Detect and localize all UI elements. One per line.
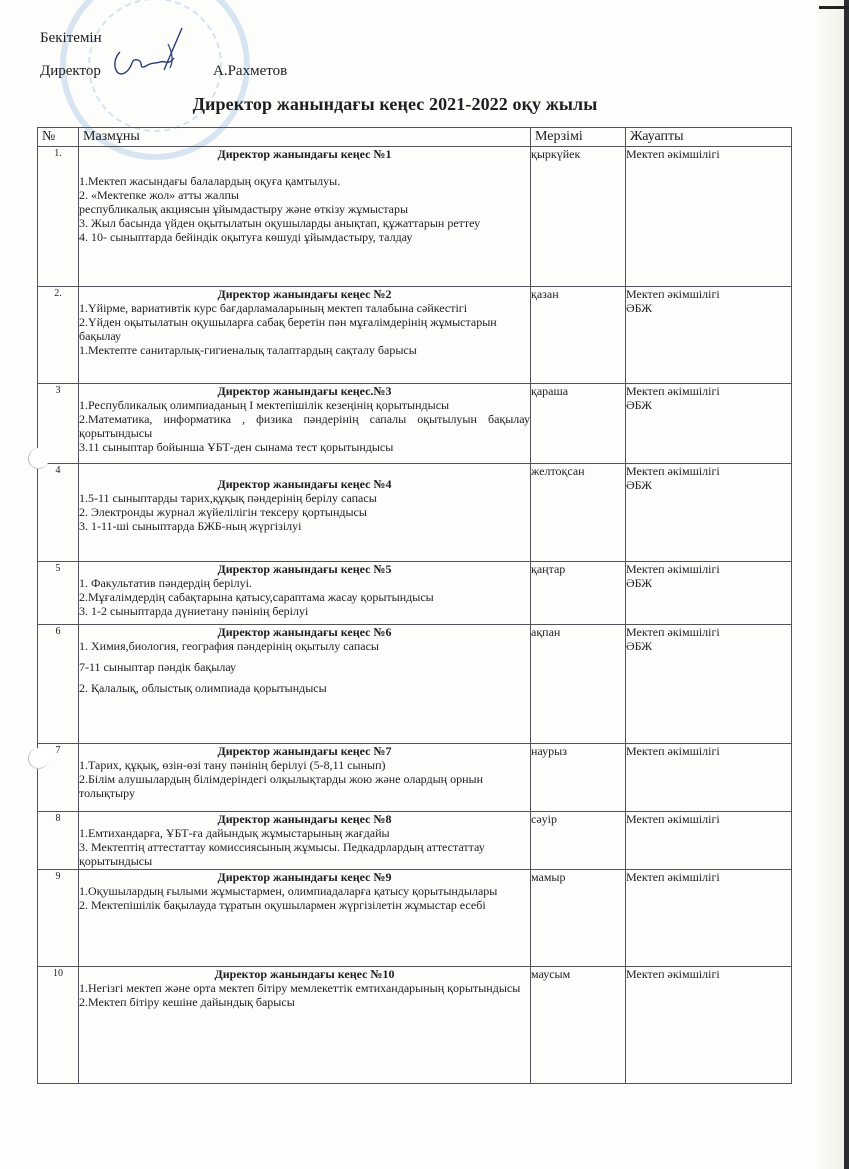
agenda-item: 4. 10- сыныптарда бейіндік оқытуға көшуд… [79, 230, 530, 244]
meeting-heading: Директор жанындағы кеңес №9 [79, 870, 530, 884]
responsible-party: Мектеп әкімшілігі [626, 464, 791, 478]
agenda-item: республикалық акциясын ұйымдастыру және … [79, 202, 530, 216]
agenda-item: 2. «Мектепке жол» атты жалпы [79, 188, 530, 202]
responsible-party: Мектеп әкімшілігі [626, 562, 791, 576]
responsible-cell: Мектеп әкімшілігіӘБЖ [626, 562, 792, 625]
document-title: Директор жанындағы кеңес 2021-2022 оқу ж… [0, 94, 790, 115]
director-name: А.Рахметов [213, 63, 287, 80]
table-row: 5Директор жанындағы кеңес №51. Факультат… [38, 562, 792, 625]
row-number: 6 [38, 625, 79, 744]
table-row: 1.Директор жанындағы кеңес №11.Мектеп жа… [38, 147, 792, 287]
meeting-heading: Директор жанындағы кеңес №8 [79, 812, 530, 826]
table-row: 4Директор жанындағы кеңес №4 1.5-11 сыны… [38, 464, 792, 562]
agenda-item: 3. Мектептің аттестаттау комиссиясының ж… [79, 840, 530, 868]
deadline-cell: қазан [531, 287, 626, 384]
punch-hole [28, 448, 49, 469]
header-responsible: Жауапты [626, 128, 792, 147]
responsible-party: Мектеп әкімшілігі [626, 147, 791, 161]
agenda-item: 1. Факультатив пәндердің берілуі. [79, 576, 530, 590]
agenda-item: 1.Негізгі мектеп және орта мектеп бітіру… [79, 981, 530, 995]
meeting-content: Директор жанындағы кеңес №71.Тарих, құқы… [79, 744, 531, 812]
agenda-item: 2. Қалалық, облыстық олимпиада қорытынды… [79, 681, 530, 695]
row-number: 8 [38, 812, 79, 870]
deadline-cell: қаңтар [531, 562, 626, 625]
meeting-heading: Директор жанындағы кеңес №6 [79, 625, 530, 639]
table-row: 2.Директор жанындағы кеңес №21.Үйірме, в… [38, 287, 792, 384]
responsible-cell: Мектеп әкімшілігіӘБЖ [626, 384, 792, 464]
meeting-heading: Директор жанындағы кеңес №4 [79, 477, 530, 491]
table-row: 8Директор жанындағы кеңес №81.Емтихандар… [38, 812, 792, 870]
meeting-content: Директор жанындағы кеңес №81.Емтихандарғ… [79, 812, 531, 870]
meeting-content: Директор жанындағы кеңес №61. Химия,биол… [79, 625, 531, 744]
deadline-cell: ақпан [531, 625, 626, 744]
header-content: Мазмұны [79, 128, 531, 147]
meeting-content: Директор жанындағы кеңес №51. Факультати… [79, 562, 531, 625]
table-row: 7Директор жанындағы кеңес №71.Тарих, құқ… [38, 744, 792, 812]
agenda-item: 7-11 сыныптар пәндік бақылау [79, 660, 530, 674]
deadline-month: мамыр [531, 870, 566, 884]
agenda-item: 1.Республикалық олимпиаданың І мектепіші… [79, 398, 530, 412]
meeting-content: Директор жанындағы кеңес №91.Оқушылардың… [79, 870, 531, 967]
responsible-party: Мектеп әкімшілігі [626, 870, 791, 884]
table-row: 3Директор жанындағы кеңес.№31.Республика… [38, 384, 792, 464]
meeting-content: Директор жанындағы кеңес №101.Негізгі ме… [79, 967, 531, 1084]
agenda-item: 1.Мектеп жасындағы балалардың оқуға қамт… [79, 174, 530, 188]
meeting-heading: Директор жанындағы кеңес №10 [79, 967, 530, 981]
agenda-item: 1. Химия,биология, география пәндерінің … [79, 639, 530, 653]
meeting-heading: Директор жанындағы кеңес №2 [79, 287, 530, 301]
deadline-cell: сәуір [531, 812, 626, 870]
responsible-cell: Мектеп әкімшілігі [626, 744, 792, 812]
scan-corner [819, 6, 849, 9]
row-number: 4 [38, 464, 79, 562]
meeting-heading: Директор жанындағы кеңес №7 [79, 744, 530, 758]
agenda-item: 2.Білім алушылардың білімдеріндегі олқыл… [79, 772, 530, 800]
agenda-item: 1.Мектепте санитарлық-гигиеналық талапта… [79, 343, 530, 357]
deadline-cell: желтоқсан [531, 464, 626, 562]
deadline-cell: мамыр [531, 870, 626, 967]
meeting-heading: Директор жанындағы кеңес №1 [79, 147, 530, 161]
row-number: 10 [38, 967, 79, 1084]
responsible-cell: Мектеп әкімшілігіӘБЖ [626, 287, 792, 384]
deadline-cell: маусым [531, 967, 626, 1084]
meeting-content: Директор жанындағы кеңес №21.Үйірме, вар… [79, 287, 531, 384]
responsible-party: ӘБЖ [626, 639, 791, 653]
row-number: 1. [38, 147, 79, 287]
agenda-item: 3. 1-2 сыныптарда дүниетану пәнінің бері… [79, 604, 530, 618]
row-number: 9 [38, 870, 79, 967]
table-header-row: № Мазмұны Мерзімі Жауапты [38, 128, 792, 147]
director-signature [108, 22, 188, 84]
deadline-cell: қараша [531, 384, 626, 464]
responsible-party: ӘБЖ [626, 478, 791, 492]
table-row: 9Директор жанындағы кеңес №91.Оқушыларды… [38, 870, 792, 967]
director-label: Директор [40, 63, 101, 80]
deadline-month: қазан [531, 287, 559, 301]
agenda-item: 1.Оқушылардың ғылыми жұмыстармен, олимпи… [79, 884, 530, 898]
agenda-item: 2.Мектеп бітіру кешіне дайындық барысы [79, 995, 530, 1009]
punch-hole [28, 748, 49, 769]
responsible-cell: Мектеп әкімшілігі [626, 967, 792, 1084]
deadline-month: қыркүйек [531, 147, 580, 161]
deadline-month: қараша [531, 384, 568, 398]
table-row: 6Директор жанындағы кеңес №61. Химия,био… [38, 625, 792, 744]
row-number: 5 [38, 562, 79, 625]
responsible-party: ӘБЖ [626, 301, 791, 315]
responsible-party: Мектеп әкімшілігі [626, 744, 791, 758]
agenda-item: 2. Мектепішілік бақылауда тұратын оқушыл… [79, 898, 530, 912]
agenda-item: 2. Электронды журнал жүйелілігін тексеру… [79, 505, 530, 519]
page-edge-shadow [814, 0, 844, 1169]
meeting-heading: Директор жанындағы кеңес №5 [79, 562, 530, 576]
table-row: 10Директор жанындағы кеңес №101.Негізгі … [38, 967, 792, 1084]
agenda-item: 2.Үйден оқытылатын оқушыларға сабақ бере… [79, 315, 530, 343]
row-number: 2. [38, 287, 79, 384]
meeting-heading: Директор жанындағы кеңес.№3 [79, 384, 530, 398]
meeting-content: Директор жанындағы кеңес.№31.Республикал… [79, 384, 531, 464]
agenda-item: 2.Мұғалімдердің сабақтарына қатысу,сарап… [79, 590, 530, 604]
deadline-month: сәуір [531, 812, 557, 826]
scan-edge [844, 0, 849, 1169]
meeting-content: Директор жанындағы кеңес №4 1.5-11 сынып… [79, 464, 531, 562]
agenda-item: 1.Үйірме, вариативтік курс бағдарламалар… [79, 301, 530, 315]
header-number: № [38, 128, 79, 147]
deadline-month: маусым [531, 967, 570, 981]
agenda-item: 3. Жыл басында үйден оқытылатын оқушылар… [79, 216, 530, 230]
responsible-party: Мектеп әкімшілігі [626, 812, 791, 826]
responsible-party: Мектеп әкімшілігі [626, 967, 791, 981]
responsible-party: Мектеп әкімшілігі [626, 625, 791, 639]
meeting-plan-table: № Мазмұны Мерзімі Жауапты 1.Директор жан… [37, 127, 792, 1084]
deadline-month: қаңтар [531, 562, 565, 576]
responsible-party: Мектеп әкімшілігі [626, 384, 791, 398]
deadline-month: наурыз [531, 744, 567, 758]
responsible-party: ӘБЖ [626, 576, 791, 590]
responsible-cell: Мектеп әкімшілігіӘБЖ [626, 625, 792, 744]
deadline-month: желтоқсан [531, 464, 585, 478]
responsible-cell: Мектеп әкімшілігі [626, 870, 792, 967]
responsible-party: Мектеп әкімшілігі [626, 287, 791, 301]
approval-label: Бекітемін [40, 30, 102, 47]
agenda-item: 3. 1-11-ші сыныптарда БЖБ-ның жүргізілуі [79, 519, 530, 533]
responsible-cell: Мектеп әкімшілігіӘБЖ [626, 464, 792, 562]
deadline-cell: қыркүйек [531, 147, 626, 287]
responsible-party: ӘБЖ [626, 398, 791, 412]
header-deadline: Мерзімі [531, 128, 626, 147]
agenda-item: 1.Тарих, құқық, өзін-өзі тану пәнінің бе… [79, 758, 530, 772]
agenda-item: 3.11 сыныптар бойынша ҰБТ-ден сынама тес… [79, 440, 530, 454]
agenda-item: 2.Математика, информатика , физика пәнде… [79, 412, 530, 440]
agenda-item: 1.5-11 сыныптарды тарих,құқық пәндерінің… [79, 491, 530, 505]
deadline-month: ақпан [531, 625, 560, 639]
responsible-cell: Мектеп әкімшілігі [626, 812, 792, 870]
deadline-cell: наурыз [531, 744, 626, 812]
responsible-cell: Мектеп әкімшілігі [626, 147, 792, 287]
meeting-content: Директор жанындағы кеңес №11.Мектеп жасы… [79, 147, 531, 287]
agenda-item: 1.Емтихандарға, ҰБТ-ға дайындық жұмыстар… [79, 826, 530, 840]
